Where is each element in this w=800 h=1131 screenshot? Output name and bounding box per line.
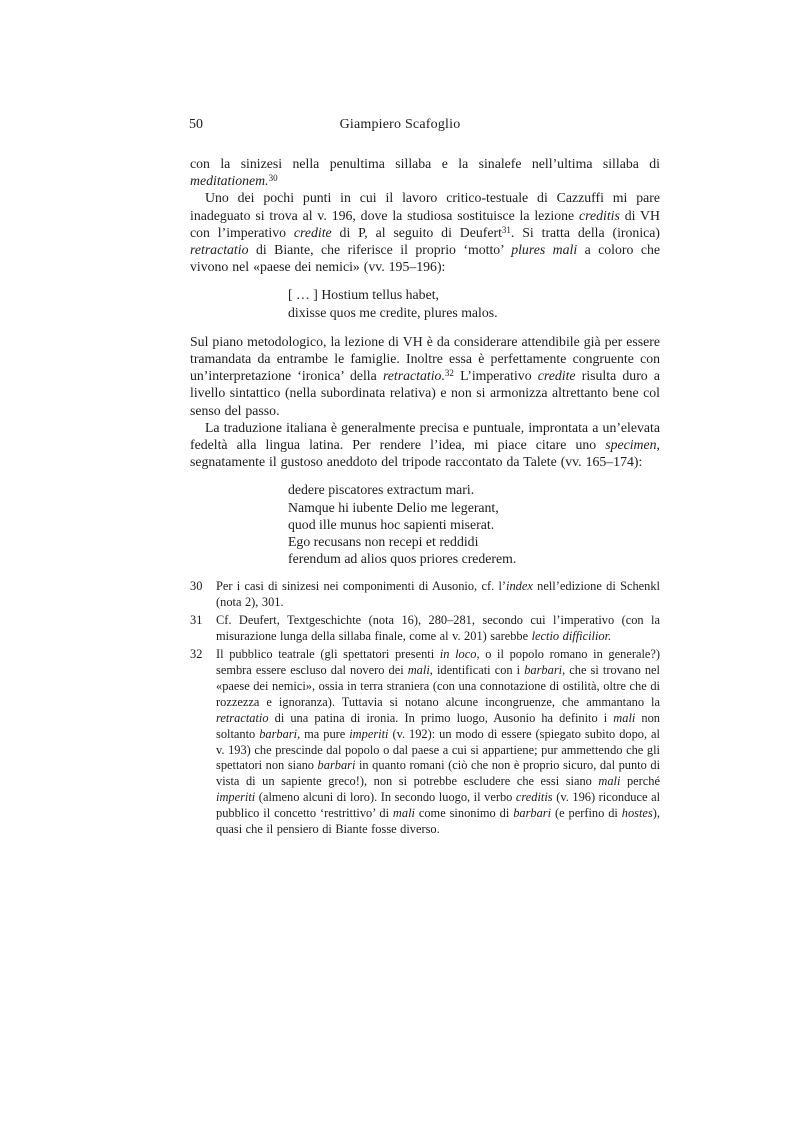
verse-quote: [ … ] Hostium tellus habet,dixisse quos … [288, 286, 660, 320]
text-run: retractatio [216, 711, 269, 725]
footnote-number: 31 [190, 613, 216, 645]
text-run: mali [393, 806, 415, 820]
footnote: 32Il pubblico teatrale (gli spettatori p… [190, 647, 660, 838]
text-run: (almeno alcuni di loro). In secondo luog… [255, 790, 516, 804]
text-run: . Si tratta della (ironica) [511, 225, 660, 240]
text-run: imperiti [349, 727, 388, 741]
verse-line: dedere piscatores extractum mari. [288, 481, 660, 498]
verse-line: Ego recusans non recepi et reddidi [288, 533, 660, 550]
text-run: lectio difficilior. [532, 629, 612, 643]
body-text: con la sinizesi nella penultima sillaba … [190, 155, 660, 567]
verse-quote: dedere piscatores extractum mari.Namque … [288, 481, 660, 567]
paragraph: Uno dei pochi punti in cui il lavoro cri… [190, 189, 660, 275]
footnote: 30Per i casi di sinizesi nei componiment… [190, 579, 660, 611]
text-run: retractatio. [383, 368, 445, 383]
verse-line: quod ille munus hoc sapienti miserat. [288, 516, 660, 533]
text-run: di P, al seguito di Deufert [332, 225, 502, 240]
text-run: , identificati con i [430, 663, 524, 677]
text-run: credite [294, 225, 332, 240]
text-run: , ma pure [297, 727, 349, 741]
text-run: plures mali [511, 242, 577, 257]
text-run: barbari [524, 663, 562, 677]
text-run: meditationem. [190, 173, 269, 188]
text-run: barbari [513, 806, 551, 820]
paragraph: La traduzione italiana è generalmente pr… [190, 419, 660, 471]
footnote-text: Il pubblico teatrale (gli spettatori pre… [216, 647, 660, 838]
paper-page: 50 Giampiero Scafoglio con la sinizesi n… [0, 0, 800, 1131]
text-run: Il pubblico teatrale (gli spettatori pre… [216, 647, 440, 661]
running-header-author: Giampiero Scafoglio [0, 117, 800, 133]
text-run: di Biante, che riferisce il proprio ‘mot… [249, 242, 512, 257]
text-run: index [506, 579, 533, 593]
text-run: creditis [516, 790, 553, 804]
footnote-ref: 31 [502, 225, 511, 235]
running-header: 50 Giampiero Scafoglio [0, 117, 800, 137]
text-run: L’imperativo [454, 368, 538, 383]
footnote-ref: 30 [269, 173, 278, 183]
text-run: imperiti [216, 790, 255, 804]
text-run: barbari [259, 727, 297, 741]
text-run: La traduzione italiana è generalmente pr… [190, 420, 660, 452]
footnote-number: 32 [190, 647, 216, 838]
footnote-ref: 32 [445, 368, 454, 378]
text-column: con la sinizesi nella penultima sillaba … [190, 155, 660, 840]
text-run: in loco [440, 647, 477, 661]
text-run: con la sinizesi nella penultima sillaba … [190, 156, 660, 171]
footnote: 31Cf. Deufert, Textgeschichte (nota 16),… [190, 613, 660, 645]
paragraph: Sul piano metodologico, la lezione di VH… [190, 333, 660, 419]
text-run: credite [538, 368, 576, 383]
text-run: perché [620, 774, 660, 788]
text-run: mali [408, 663, 430, 677]
text-run: barbari [318, 758, 356, 772]
text-run: mali [613, 711, 635, 725]
text-run: (e perfino di [551, 806, 622, 820]
paragraph: con la sinizesi nella penultima sillaba … [190, 155, 660, 189]
verse-line: Namque hi iubente Delio me legerant, [288, 499, 660, 516]
verse-line: dixisse quos me credite, plures malos. [288, 304, 660, 321]
text-run: hostes [622, 806, 653, 820]
text-run: mali [598, 774, 620, 788]
text-run: specimen [605, 437, 656, 452]
verse-line: ferendum ad alios quos priores crederem. [288, 550, 660, 567]
footnote-number: 30 [190, 579, 216, 611]
footnotes: 30Per i casi di sinizesi nei componiment… [190, 579, 660, 838]
verse-line: [ … ] Hostium tellus habet, [288, 286, 660, 303]
footnote-text: Per i casi di sinizesi nei componimenti … [216, 579, 660, 611]
text-run: di una patina di ironia. In primo luogo,… [269, 711, 614, 725]
text-run: retractatio [190, 242, 249, 257]
text-run: creditis [579, 208, 620, 223]
text-run: Per i casi di sinizesi nei componimenti … [216, 579, 506, 593]
footnote-text: Cf. Deufert, Textgeschichte (nota 16), 2… [216, 613, 660, 645]
text-run: come sinonimo di [415, 806, 513, 820]
